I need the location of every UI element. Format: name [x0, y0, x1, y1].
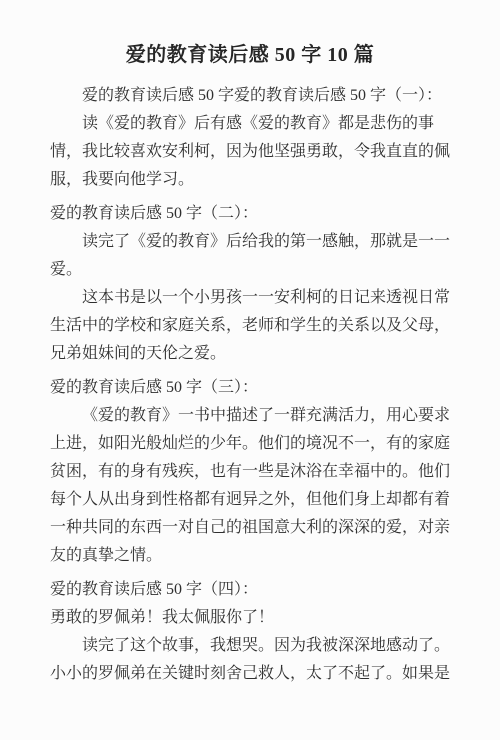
- paragraph-section-1-header: 爱的教育读后感 50 字爱的教育读后感 50 字（一）：: [50, 82, 450, 110]
- paragraph-section-2-header: 爱的教育读后感 50 字（二）：: [50, 200, 450, 228]
- paragraph-section-3-body: 《爱的教育》一书中描述了一群充满活力，用心要求上进，如阳光般灿烂的少年。他们的境…: [50, 402, 450, 570]
- paragraph-section-4-body: 读完了这个故事，我想哭。因为我被深深地感动了。小小的罗佩弟在关键时刻舍己救人，太…: [50, 632, 450, 688]
- paragraph-section-4-lead: 勇敢的罗佩弟！我太佩服你了！: [50, 604, 450, 632]
- paragraph-section-1-body: 读《爱的教育》后有感《爱的教育》都是悲伤的事情，我比较喜欢安利柯，因为他坚强勇敢…: [50, 110, 450, 194]
- paragraph-section-4-header: 爱的教育读后感 50 字（四）：: [50, 576, 450, 604]
- paragraph-section-3-header: 爱的教育读后感 50 字（三）：: [50, 374, 450, 402]
- document-title: 爱的教育读后感 50 字 10 篇: [50, 40, 450, 70]
- paragraph-section-2-body-2: 这本书是以一个小男孩一一安利柯的日记来透视日常生活中的学校和家庭关系，老师和学生…: [50, 284, 450, 368]
- document-page: 爱的教育读后感 50 字 10 篇 爱的教育读后感 50 字爱的教育读后感 50…: [0, 0, 500, 740]
- paragraph-section-2-body-1: 读完了《爱的教育》后给我的第一感触，那就是一一爱。: [50, 228, 450, 284]
